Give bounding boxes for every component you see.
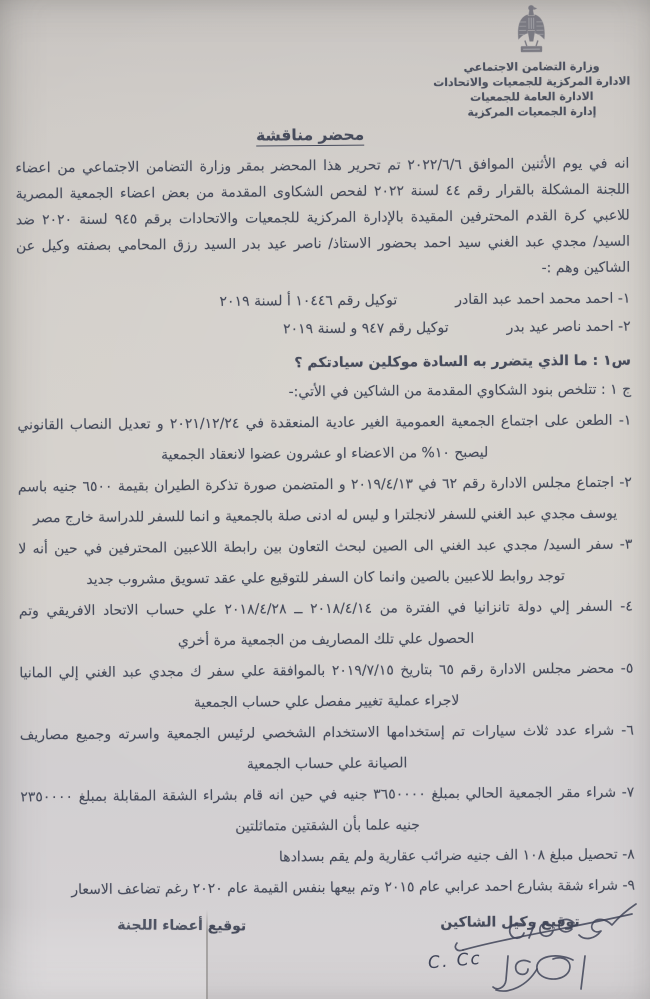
attendee-power-of-attorney: توكيل رقم ١٠٤٤٦ أ لسنة ٢٠١٩ (219, 286, 397, 315)
attendee-name: ٢- احمد ناصر عيد بدر (506, 313, 630, 342)
attendee-power-of-attorney: توكيل رقم ٩٤٧ و لسنة ٢٠١٩ (283, 314, 449, 343)
complaint-item-7: ٧- شراء مقر الجمعية الحالي بمبلغ ٣٦٥٠٠٠٠… (20, 778, 634, 845)
committee-members-signature-label: توقيع أعضاء اللجنة (19, 917, 246, 935)
attendee-name: ١- احمد محمد احمد عبد القادر (455, 285, 630, 314)
intro-paragraph: انه في يوم الأثنين الموافق ٢٠٢٢/٦/٦ تم ت… (15, 151, 630, 286)
handwritten-signatures (408, 898, 650, 998)
document-title: محضر مناقشة (13, 124, 631, 149)
dept-line: إدارة الجمعيات المركزية (423, 104, 641, 121)
general-admin-line: الادارة العامة للجمعيات (423, 89, 641, 106)
answer-intro-line: ج ١ : تتلخص بنود الشكاوي المقدمة من الشا… (17, 376, 631, 409)
document-title-text: محضر مناقشة (256, 126, 364, 147)
complaint-item-8: ٨- تحصيل مبلغ ١٠٨ الف جنيه ضرائب عقارية … (21, 840, 635, 876)
central-admin-line: الادارة المركزية للجمعيات والاتحادات (423, 74, 641, 91)
complaint-item-3: ٣- سفر السيد/ مجدي عبد الغني الى الصين ل… (18, 530, 632, 597)
complaint-item-1: ١- الطعن على اجتماع الجمعية العمومية الغ… (17, 406, 631, 473)
complaint-item-6: ٦- شراء عدد ثلاث سيارات تم إستخدامها الا… (20, 716, 634, 783)
question-line: س١ : ما الذي يتضرر به السادة موكلين سياد… (17, 347, 631, 380)
complaint-item-5: ٥- محضر مجلس الادارة رقم ٦٥ بتاريخ ٢٠١٩/… (19, 654, 633, 721)
egypt-eagle-emblem-icon (508, 3, 554, 55)
letterhead: وزارة التضامن الاجتماعي الادارة المركزية… (422, 3, 641, 121)
attendee-row: ٢- احمد ناصر عيد بدر توكيل رقم ٩٤٧ و لسن… (17, 313, 631, 346)
complaint-item-4: ٤- السفر إلي دولة تانزانيا في الفترة من … (19, 592, 633, 659)
attendees-list: ١- احمد محمد احمد عبد القادر توكيل رقم ١… (16, 285, 630, 346)
document-content: وزارة التضامن الاجتماعي الادارة المركزية… (0, 0, 650, 999)
complaint-item-2: ٢- اجتماع مجلس الادارة رقم ٦٢ في ٢٠١٩/٤/… (18, 468, 632, 535)
complaints-list: ١- الطعن على اجتماع الجمعية العمومية الغ… (17, 406, 635, 907)
ministry-name: وزارة التضامن الاجتماعي (423, 59, 641, 76)
scanned-document-page: وزارة التضامن الاجتماعي الادارة المركزية… (0, 0, 650, 999)
paper-fold-line (206, 910, 208, 999)
